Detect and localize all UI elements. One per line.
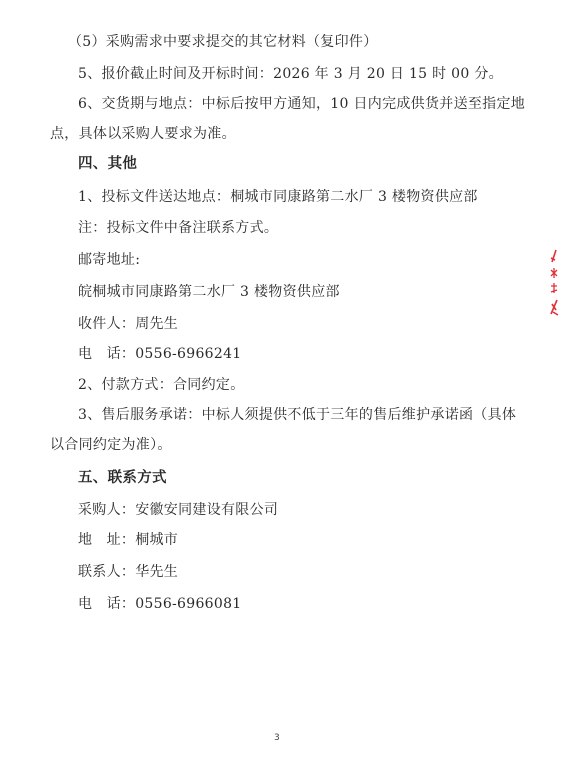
requirement-item-5: （5）采购需求中要求提交的其它材料（复印件） [68,32,528,52]
contact-person: 联系人：华先生 [78,562,538,582]
mailing-address: 皖桐城市同康路第二水厂 3 楼物资供应部 [78,282,538,302]
delivery-terms: 6、交货期与地点：中标后按甲方通知，10 日内完成供货并送至指定地 [78,94,538,114]
bid-deadline: 5、报价截止时间及开标时间：2026 年 3 月 20 日 15 时 00 分。 [78,64,538,84]
recipient-phone: 电 话：0556-6966241 [78,344,538,364]
section-heading-contact: 五、联系方式 [78,468,538,488]
contact-phone: 电 话：0556-6966081 [78,594,538,614]
after-sales-commitment: 3、售后服务承诺：中标人须提供不低于三年的售后维护承诺函（具体 [78,405,538,425]
section-heading-other: 四、其他 [78,154,538,174]
contact-note: 注：投标文件中备注联系方式。 [78,218,538,238]
red-seal-fragment-icon [548,248,560,318]
mailing-address-label: 邮寄地址: [78,250,538,270]
document-page: （5）采购需求中要求提交的其它材料（复印件） 5、报价截止时间及开标时间：202… [0,0,565,770]
recipient: 收件人：周先生 [78,314,538,334]
purchaser: 采购人：安徽安同建设有限公司 [78,500,538,520]
purchaser-address: 地 址：桐城市 [78,530,538,550]
submission-location: 1、投标文件送达地点：桐城市同康路第二水厂 3 楼物资供应部 [78,187,538,207]
payment-terms: 2、付款方式：合同约定。 [78,375,538,395]
after-sales-commitment-cont: 以合同约定为准）。 [50,435,510,455]
page-number: 3 [274,733,280,743]
delivery-terms-cont: 点，具体以采购人要求为准。 [50,124,510,144]
